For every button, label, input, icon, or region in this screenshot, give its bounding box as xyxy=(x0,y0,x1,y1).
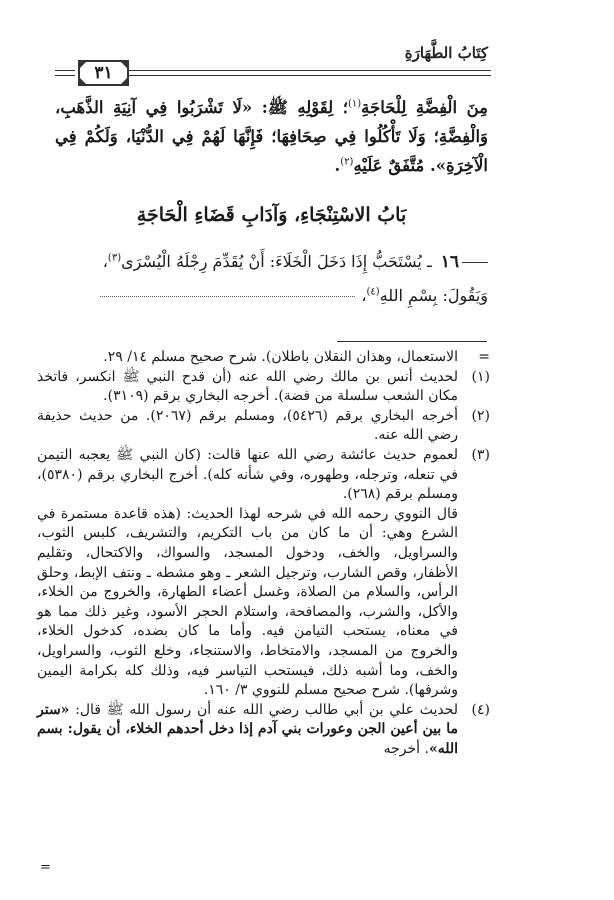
footnote-text: لحديث أنس بن مالك رضي الله عنه (أن قدح ا… xyxy=(37,368,458,407)
ornament-corner xyxy=(80,78,86,84)
article-text-part1: ـ يُسْتَحَبُّ إِذَا دَخَلَ الْخَلَاءَ: أ… xyxy=(121,252,432,271)
footnote-number: (٤) xyxy=(458,701,490,760)
footnote-number: (١) xyxy=(458,368,490,407)
dotted-leader xyxy=(100,296,355,297)
footnote-text: لعموم حديث عائشة رضي الله عنها قالت: (كا… xyxy=(37,446,458,505)
running-title: كِتَابُ الطَّهَارَةِ xyxy=(405,44,488,62)
footnote-continuation: = الاستعمال، وهذان النقلان باطلان). شرح … xyxy=(37,348,490,368)
article-ornament-dash xyxy=(462,262,488,263)
page-number: ٣١ xyxy=(94,63,112,83)
continuation-marker-next: = xyxy=(40,860,51,875)
article-16: ١٦ ـ يُسْتَحَبُّ إِذَا دَخَلَ الْخَلَاءَ… xyxy=(55,245,488,312)
footnote-number: (٣) xyxy=(458,446,490,701)
footnote-ref-3[interactable]: (٣) xyxy=(108,253,121,264)
footnote-4: (٤) لحديث علي بن أبي طالب رضي الله عنه أ… xyxy=(37,701,490,760)
ornament-corner xyxy=(121,78,127,84)
footnote-text-nawawi: قال النووي رحمه الله في شرحه لهذا الحديث… xyxy=(37,505,458,701)
article-number: ١٦ xyxy=(441,246,459,279)
footnote-ref-2[interactable]: (٢) xyxy=(340,157,353,168)
ornament-corner xyxy=(80,62,86,68)
footnote-text: الاستعمال، وهذان النقلان باطلان). شرح صح… xyxy=(37,348,458,368)
main-paragraph: مِنَ الْفِضَّةِ لِلْحَاجَةِ(١)؛ لِقَوْلِ… xyxy=(55,93,488,180)
page-header: كِتَابُ الطَّهَارَةِ ٣١ xyxy=(55,42,488,80)
continuation-marker: = xyxy=(458,348,490,368)
footnote-1: (١) لحديث أنس بن مالك رضي الله عنه (أن ق… xyxy=(37,368,490,407)
footnotes: = الاستعمال، وهذان النقلان باطلان). شرح … xyxy=(37,348,490,759)
document-page: كِتَابُ الطَّهَارَةِ ٣١ مِنَ الْفِضَّةِ … xyxy=(0,0,614,900)
main-text-part1: مِنَ الْفِضَّةِ لِلْحَاجَةِ xyxy=(361,98,488,117)
chapter-heading: بَابُ الاسْتِنْجَاءِ، وَآدَابِ قَضَاءِ ا… xyxy=(55,204,488,226)
ornament-corner xyxy=(121,62,127,68)
header-rule xyxy=(127,70,491,76)
footnote-text-end: . أخرجه xyxy=(384,741,429,757)
footnote-body: لعموم حديث عائشة رضي الله عنها قالت: (كا… xyxy=(37,446,458,701)
footnote-body: لحديث علي بن أبي طالب رضي الله عنه أن رس… xyxy=(37,701,458,760)
footnote-text: لحديث علي بن أبي طالب رضي الله عنه أن رس… xyxy=(69,702,458,718)
footnote-ref-4[interactable]: (٤) xyxy=(367,287,380,298)
footnote-ref-1[interactable]: (١) xyxy=(348,99,361,110)
footnote-text: أخرجه البخاري برقم (٥٤٢٦)، ومسلم برقم (٢… xyxy=(37,407,458,446)
footnote-2: (٢) أخرجه البخاري برقم (٥٤٢٦)، ومسلم برق… xyxy=(37,407,490,446)
footnote-3: (٣) لعموم حديث عائشة رضي الله عنها قالت:… xyxy=(37,446,490,701)
footnote-number: (٢) xyxy=(458,407,490,446)
footnote-separator xyxy=(337,341,487,342)
page-number-box: ٣١ xyxy=(78,60,129,86)
header-rule-left xyxy=(55,70,75,76)
